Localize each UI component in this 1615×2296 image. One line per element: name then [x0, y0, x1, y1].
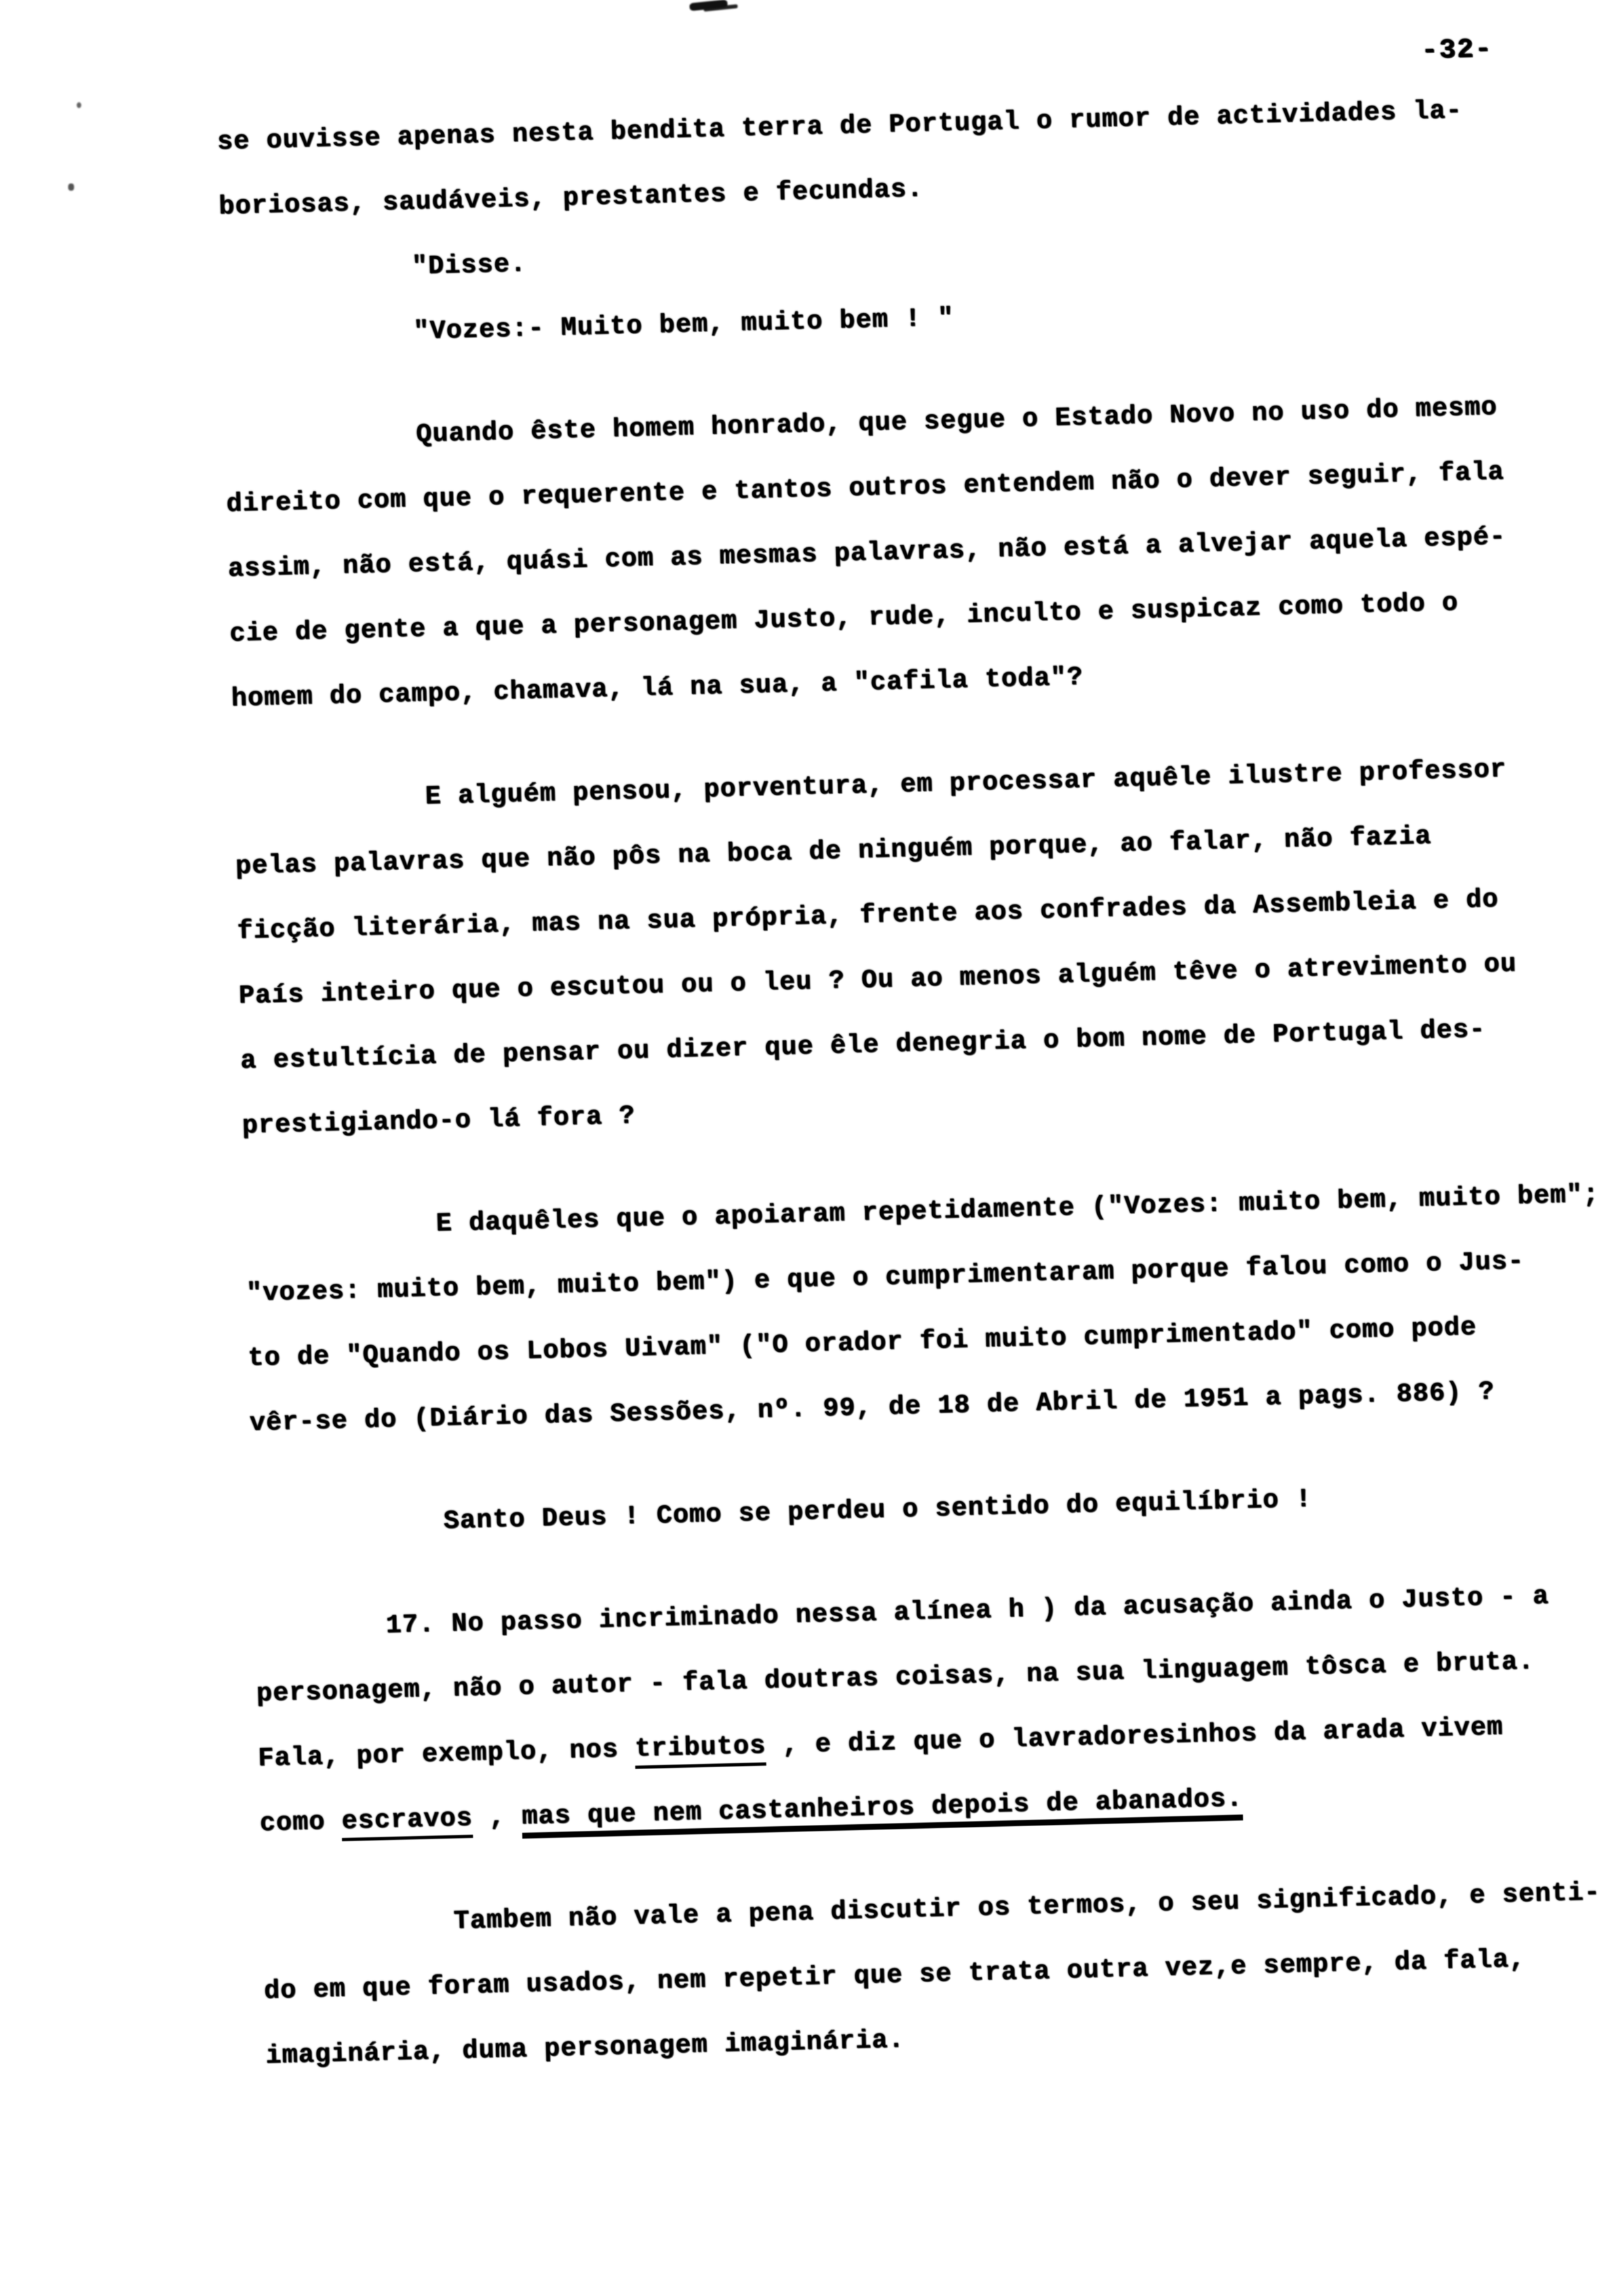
scan-artifact: [690, 0, 728, 11]
underlined-text: tributos: [634, 1732, 766, 1769]
text-segment: a estultícia de pensar ou dizer que êle …: [240, 1015, 1486, 1076]
text-segment: prestigiando-o lá fora ?: [242, 1101, 636, 1141]
scanned-document-page: -32- se ouvisse apenas nesta bendita ter…: [0, 0, 1615, 2296]
text-segment: pelas palavras que não pôs na boca de ni…: [235, 822, 1432, 881]
scan-artifact: [68, 183, 74, 191]
underlined-text: mas que nem castanheiros depois de abana…: [522, 1784, 1243, 1839]
page-number: -32-: [1421, 33, 1493, 67]
sheet: -32- se ouvisse apenas nesta bendita ter…: [216, 75, 1615, 2089]
text-segment: imaginária, duma personagem imaginária.: [265, 2025, 905, 2071]
text-segment: 17. No passo incriminado nessa alínea h …: [385, 1582, 1549, 1641]
text-segment: boriosas, saudáveis, prestantes e fecund…: [218, 175, 924, 222]
text-line: Santo Deus ! Como se perdeu o sentido do…: [251, 1459, 1615, 1559]
text-segment: , e diz que o lavradoresinhos da arada v…: [766, 1713, 1504, 1761]
document-body: se ouvisse apenas nesta bendita terra de…: [216, 75, 1615, 2089]
text-segment: homem do campo, chamava, lá na sua, a "c…: [231, 663, 1083, 714]
text-segment: se ouvisse apenas nesta bendita terra de…: [217, 96, 1463, 157]
text-segment: Tambem não vale a pena discutir os termo…: [454, 1878, 1601, 1936]
underlined-text: escravos: [341, 1804, 473, 1841]
scan-artifact: [77, 102, 81, 108]
text-segment: "Vozes:- Muito bem, muito bem ! ": [413, 304, 954, 347]
text-segment: ,: [473, 1803, 522, 1833]
text-segment: Santo Deus ! Como se perdeu o sentido do…: [443, 1485, 1312, 1537]
text-segment: Quando êste homem honrado, que segue o E…: [416, 393, 1498, 450]
text-segment: E daquêles que o apoiaram repetidamente …: [436, 1180, 1600, 1239]
text-segment: vêr-se do (Diário das Sessões, nº. 99, d…: [249, 1377, 1495, 1438]
text-segment: cie de gente a que a personagem Justo, r…: [229, 588, 1459, 649]
text-segment: "Disse.: [412, 250, 527, 282]
text-segment: E alguém pensou, porventura, em processa…: [425, 756, 1507, 813]
text-segment: como: [260, 1807, 342, 1839]
text-segment: Fala, por exemplo, nos: [258, 1735, 635, 1774]
